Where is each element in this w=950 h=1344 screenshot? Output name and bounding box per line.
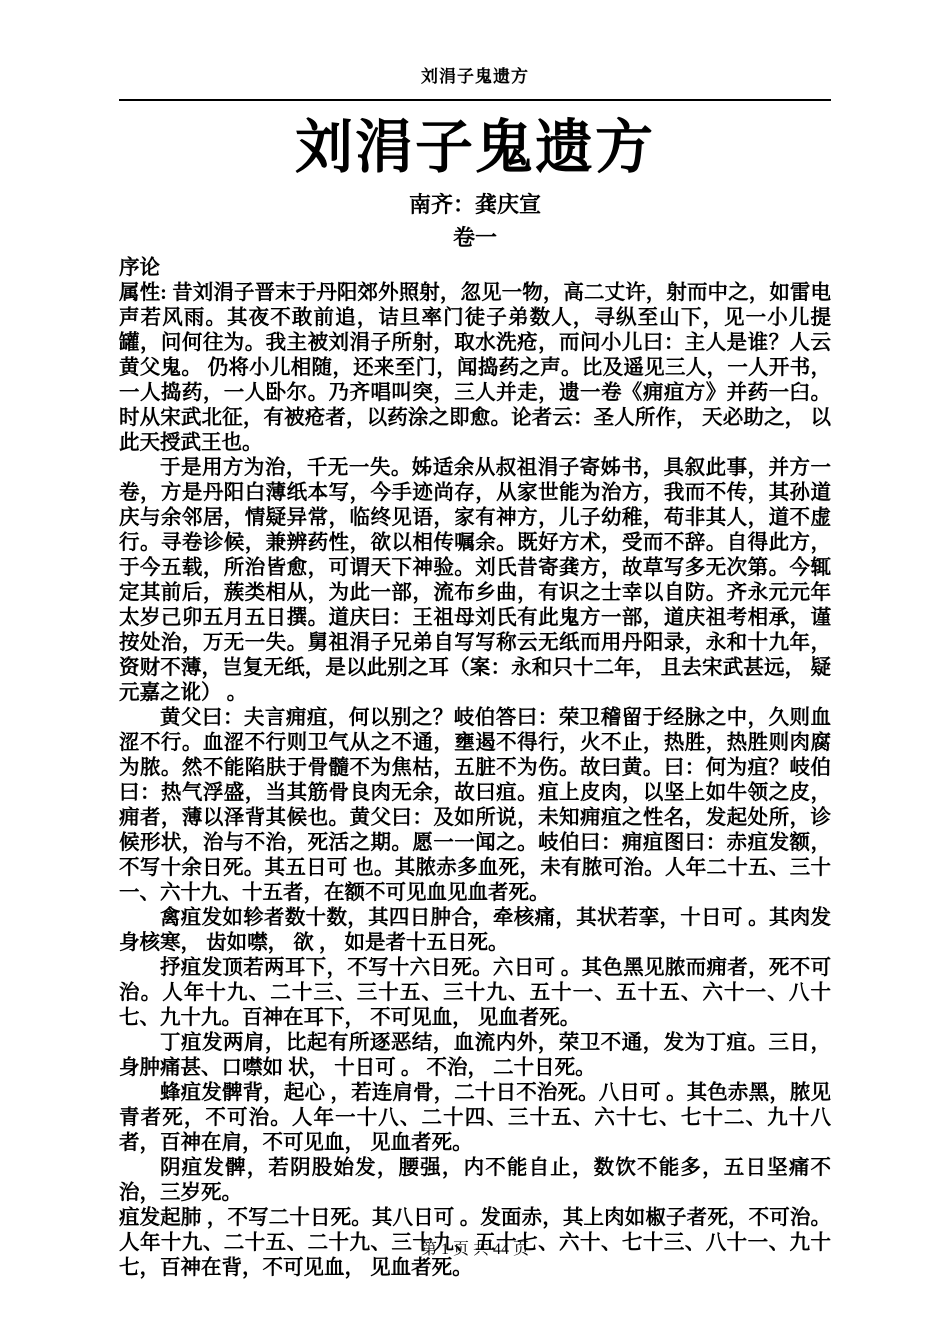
author-line: 南齐：龚庆宣 bbox=[0, 188, 950, 219]
paragraph-huangfuyue: 黄父曰：夫言痈疽，何以别之？岐伯答曰：荣卫稽留于经脉之中，久则血涩不行。血涩不行… bbox=[119, 706, 831, 906]
page-footer: 第 1 页 共 44 页 bbox=[0, 1236, 950, 1259]
running-header: 刘涓子鬼遗方 bbox=[0, 0, 950, 87]
paragraph-fengju: 蜂疽发髀背，起心 ，若连肩骨，二十日不治死。八日可 。其色赤黑，脓见青者死，不可… bbox=[119, 1081, 831, 1156]
document-body: 序论 属性: 昔刘涓子晋末于丹阳郊外照射，忽见一物，高二丈许，射而中之，如雷电声… bbox=[119, 256, 831, 1281]
paragraph-dingju: 丁疽发两肩，比起有所逐恶结，血流内外，荣卫不通，发为丁疽。三日，身肿痛甚、口噤如… bbox=[119, 1031, 831, 1081]
document-title: 刘涓子鬼遗方 bbox=[0, 115, 950, 182]
paragraph-yushiyongfang: 于是用方为治，千无一失。姊适余从叔祖涓子寄姊书，具叙此事，并方一卷，方是丹阳白薄… bbox=[119, 456, 831, 706]
paragraph-shuju: 抒疽发顶若两耳下，不写十六日死。六日可 。其色黑见脓而痈者，死不可治。人年十九、… bbox=[119, 956, 831, 1031]
paragraph-qinju: 禽疽发如轸者数十数，其四日肿合，牵核痛，其状若挛，十日可 。其肉发身核寒， 齿如… bbox=[119, 906, 831, 956]
paragraph-yinju: 阴疽发髀，若阴股始发，腰强，内不能自止，数饮不能多，五日坚痛不治，三岁死。 bbox=[119, 1156, 831, 1206]
paragraph-shuxing: 属性: 昔刘涓子晋末于丹阳郊外照射，忽见一物，高二丈许，射而中之，如雷电声若风雨… bbox=[119, 281, 831, 456]
section-heading: 序论 bbox=[119, 256, 831, 281]
document-page: 刘涓子鬼遗方 刘涓子鬼遗方 南齐：龚庆宣 卷一 序论 属性: 昔刘涓子晋末于丹阳… bbox=[0, 0, 950, 1344]
header-rule bbox=[119, 99, 831, 101]
volume-heading: 卷一 bbox=[0, 221, 950, 252]
